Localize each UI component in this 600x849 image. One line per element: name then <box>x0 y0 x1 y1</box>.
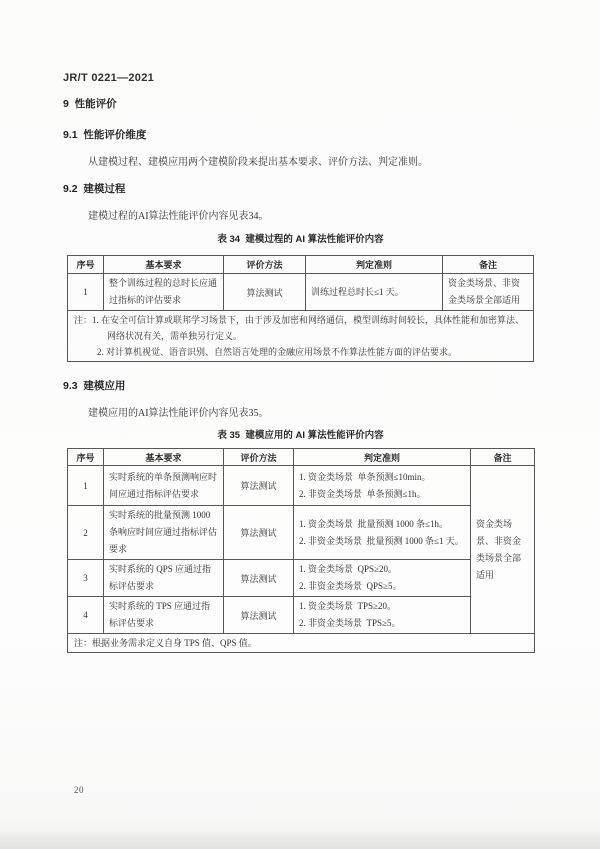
table-note-line: 网络状况有关，需单独另行定义。 <box>73 328 528 344</box>
row-index-cell: 4 <box>68 597 104 634</box>
page-number: 20 <box>74 785 84 795</box>
doc-number: JR/T 0221—2021 <box>63 72 537 85</box>
section-9-1-body: 从建模过程、建模应用两个建模阶段来提出基本要求、评价方法、判定准则。 <box>63 156 537 169</box>
column-header: 序号 <box>68 449 104 466</box>
column-header: 备注 <box>471 449 535 466</box>
table-body: 1整个训练过程的总时长应通过指标的评估要求算法测试训练过程总时长≤1 天。资金类… <box>68 274 534 362</box>
criteria-line: 1. 资金类场景 批量预测 1000 条≤1h。 <box>299 516 465 533</box>
requirement-cell: 实时系统的单条预测响应时间应通过指标评估要求 <box>104 466 224 506</box>
requirement-cell: 实时系统的 QPS 应通过指标评估要求 <box>104 560 224 597</box>
column-header: 基本要求 <box>104 256 224 274</box>
section-9-3-title: 9.3 建模应用 <box>63 380 537 393</box>
table-body: 1实时系统的单条预测响应时间应通过指标评估要求算法测试1. 资金类场景 单条预测… <box>68 466 535 653</box>
column-header: 评价方法 <box>224 449 294 466</box>
requirement-cell: 整个训练过程的总时长应通过指标的评估要求 <box>104 274 224 311</box>
table-row: 1整个训练过程的总时长应通过指标的评估要求算法测试训练过程总时长≤1 天。资金类… <box>68 274 534 311</box>
remark-cell: 资金类场景、非资金类场景全部适用 <box>443 274 534 311</box>
row-index-cell: 1 <box>68 274 104 311</box>
criteria-line: 2. 非资金类场景 TPS≥5。 <box>299 615 465 632</box>
table-row: 4实时系统的 TPS 应通过指标评估要求算法测试1. 资金类场景 TPS≥20。… <box>68 597 535 634</box>
method-cell: 算法测试 <box>224 597 294 634</box>
column-header: 评价方法 <box>224 256 306 274</box>
section-9-2-title: 9.2 建模过程 <box>63 183 537 196</box>
table-34-caption: 表 34 建模过程的 AI 算法性能评价内容 <box>67 233 534 246</box>
table-note-row: 注：根据业务需求定义自身 TPS 值、QPS 值。 <box>68 634 535 653</box>
section-9-3-body: 建模应用的AI算法性能评价内容见表35。 <box>63 407 537 420</box>
table-header: 序号基本要求评价方法判定准则备注 <box>68 256 534 274</box>
document-page: JR/T 0221—2021 9 性能评价 9.1 性能评价维度 从建模过程、建… <box>0 0 600 849</box>
table-34: 序号基本要求评价方法判定准则备注1整个训练过程的总时长应通过指标的评估要求算法测… <box>67 255 534 362</box>
criteria-line: 2. 非资金类场景 批量预测 1000 条≤1 天。 <box>299 533 465 550</box>
requirement-cell: 实时系统的批量预测 1000 条响应时间应通过指标评估要求 <box>104 506 224 560</box>
section-9-title: 9 性能评价 <box>63 98 537 111</box>
column-header: 基本要求 <box>104 449 224 466</box>
criteria-line: 2. 非资金类场景 单条预测≤1h。 <box>299 486 465 503</box>
row-index-cell: 2 <box>68 506 104 560</box>
criteria-cell: 1. 资金类场景 单条预测≤10min。2. 非资金类场景 单条预测≤1h。 <box>294 466 471 506</box>
table-row: 3实时系统的 QPS 应通过指标评估要求算法测试1. 资金类场景 QPS≥20。… <box>68 560 535 597</box>
method-cell: 算法测试 <box>224 506 294 560</box>
criteria-cell: 1. 资金类场景 QPS≥20。2. 非资金类场景 QPS≥5。 <box>294 560 471 597</box>
table-35: 序号基本要求评价方法判定准则备注1实时系统的单条预测响应时间应通过指标评估要求算… <box>67 448 535 653</box>
method-cell: 算法测试 <box>224 466 294 506</box>
note-cell: 注：根据业务需求定义自身 TPS 值、QPS 值。 <box>68 634 535 653</box>
table-header-row: 序号基本要求评价方法判定准则备注 <box>68 256 534 274</box>
criteria-cell: 1. 资金类场景 TPS≥20。2. 非资金类场景 TPS≥5。 <box>294 597 471 634</box>
row-index-cell: 3 <box>68 560 104 597</box>
criteria-line: 训练过程总时长≤1 天。 <box>311 284 437 301</box>
remark-cell: 资金类场景、非资金类场景全部适用 <box>471 466 535 634</box>
table-row: 1实时系统的单条预测响应时间应通过指标评估要求算法测试1. 资金类场景 单条预测… <box>68 466 535 506</box>
table-header-row: 序号基本要求评价方法判定准则备注 <box>68 449 535 466</box>
section-9-1-title: 9.1 性能评价维度 <box>63 129 537 142</box>
note-cell: 注：1. 在安全可信计算或联邦学习场景下，由于涉及加密和网络通信，模型训练时间较… <box>68 311 534 362</box>
table-note-line: 注：1. 在安全可信计算或联邦学习场景下，由于涉及加密和网络通信，模型训练时间较… <box>73 312 528 328</box>
row-index-cell: 1 <box>68 466 104 506</box>
criteria-line: 1. 资金类场景 QPS≥20。 <box>299 561 465 578</box>
criteria-cell: 1. 资金类场景 批量预测 1000 条≤1h。2. 非资金类场景 批量预测 1… <box>294 506 471 560</box>
requirement-cell: 实时系统的 TPS 应通过指标评估要求 <box>104 597 224 634</box>
section-9-2-body: 建模过程的AI算法性能评价内容见表34。 <box>63 210 537 223</box>
table-note-line: 注：根据业务需求定义自身 TPS 值、QPS 值。 <box>73 635 529 651</box>
method-cell: 算法测试 <box>224 560 294 597</box>
table-note-row: 注：1. 在安全可信计算或联邦学习场景下，由于涉及加密和网络通信，模型训练时间较… <box>68 311 534 362</box>
table-header: 序号基本要求评价方法判定准则备注 <box>68 449 535 466</box>
column-header: 备注 <box>443 256 534 274</box>
column-header: 判定准则 <box>294 449 471 466</box>
criteria-cell: 训练过程总时长≤1 天。 <box>306 274 443 311</box>
column-header: 序号 <box>68 256 104 274</box>
table-35-caption: 表 35 建模应用的 AI 算法性能评价内容 <box>67 429 534 442</box>
table-row: 2实时系统的批量预测 1000 条响应时间应通过指标评估要求算法测试1. 资金类… <box>68 506 535 560</box>
method-cell: 算法测试 <box>224 274 306 311</box>
criteria-line: 2. 非资金类场景 QPS≥5。 <box>299 578 465 595</box>
criteria-line: 1. 资金类场景 TPS≥20。 <box>299 598 465 615</box>
column-header: 判定准则 <box>306 256 443 274</box>
table-note-line: 2. 对计算机视觉、语音识别、自然语言处理的金融应用场景不作算法性能方面的评估要… <box>73 344 528 360</box>
criteria-line: 1. 资金类场景 单条预测≤10min。 <box>299 469 465 486</box>
